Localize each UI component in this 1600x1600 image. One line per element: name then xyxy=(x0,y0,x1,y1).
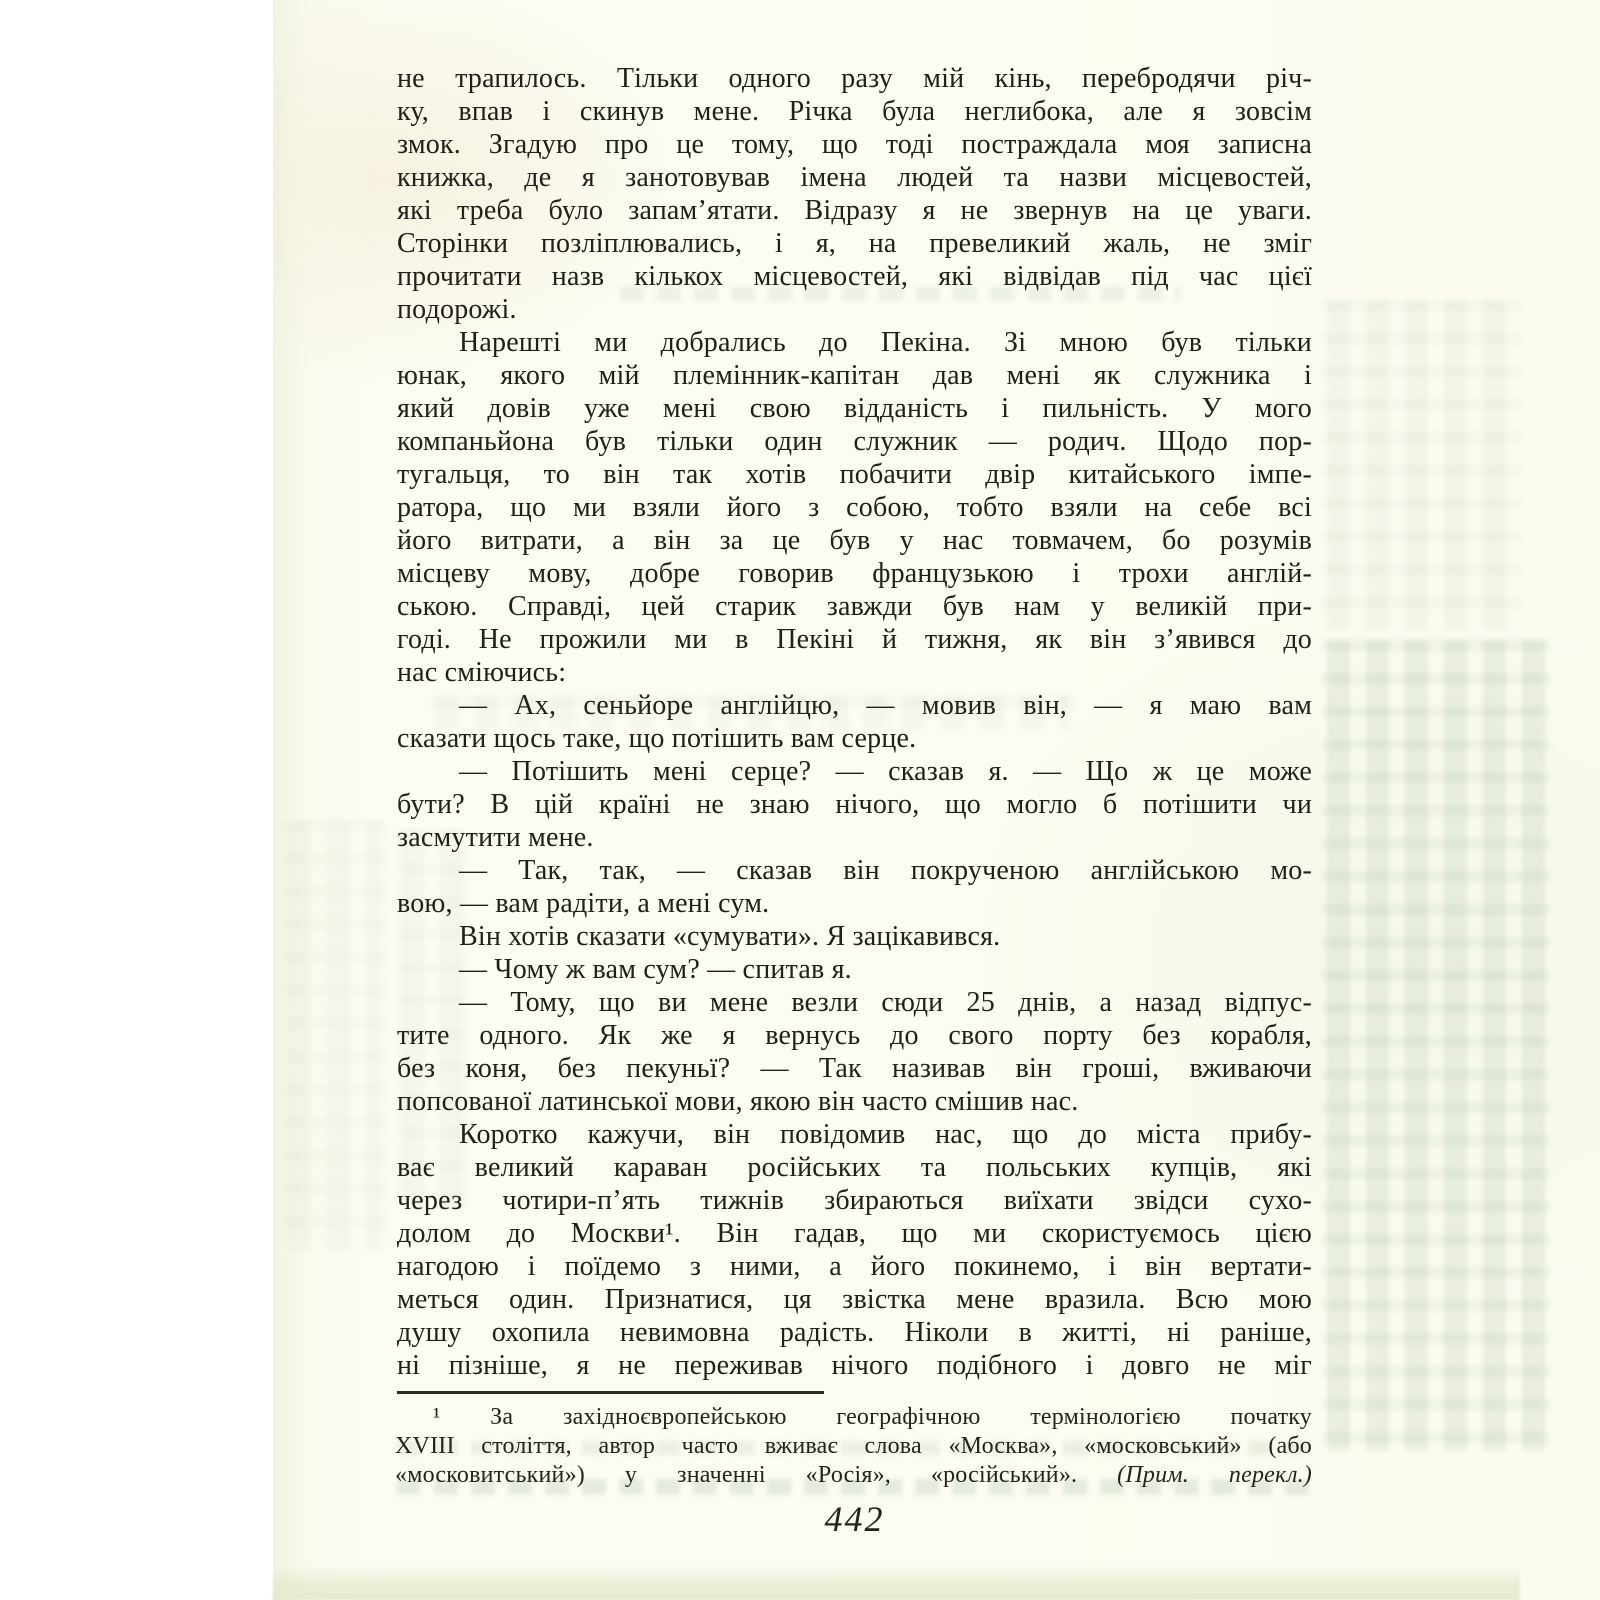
text-line: нас сміючись: xyxy=(397,656,1312,689)
text-line: Нарешті ми добрались до Пекіна. Зі мною … xyxy=(397,326,1312,359)
text-line: тугальця, то він так хотів побачити двір… xyxy=(397,458,1312,491)
text-line: годі. Не прожили ми в Пекіні й тижня, як… xyxy=(397,623,1312,656)
text-line: прочитати назв кількох місцевостей, які … xyxy=(397,260,1312,293)
text-line: долом до Москви¹. Він гадав, що ми скори… xyxy=(397,1217,1312,1250)
page-number: 442 xyxy=(397,1498,1312,1540)
text-line: ває великий караван російських та польсь… xyxy=(397,1151,1312,1184)
text-line: без коня, без пекуньї? — Так називав він… xyxy=(397,1052,1312,1085)
text-line: вою, — вам радіти, а мені сум. xyxy=(397,887,1312,920)
text-line: ні пізніше, я не переживав нічого подібн… xyxy=(397,1349,1312,1382)
text-line: меться один. Признатися, ця звістка мене… xyxy=(397,1283,1312,1316)
text-line: — Так, так, — сказав він покрученою англ… xyxy=(397,854,1312,887)
scanned-book-page: не трапилось. Тільки одного разу мій кін… xyxy=(0,0,1600,1600)
text-line: ку, впав і скинув мене. Річка була негли… xyxy=(397,95,1312,128)
text-line: бути? В цій країні не знаю нічого, що мо… xyxy=(397,788,1312,821)
text-line: нагодою і поїдемо з ними, а його покинем… xyxy=(397,1250,1312,1283)
text-line: не трапилось. Тільки одного разу мій кін… xyxy=(397,62,1312,95)
text-line: Він хотів сказати «сумувати». Я зацікави… xyxy=(397,920,1312,953)
footnote-line: XVIII століття, автор часто вживає слова… xyxy=(395,1432,1312,1461)
text-line: тите одного. Як же я вернусь до свого по… xyxy=(397,1019,1312,1052)
text-line: компаньйона був тільки один служник — ро… xyxy=(397,425,1312,458)
text-line: через чотири-п’ять тижнів збираються виї… xyxy=(397,1184,1312,1217)
text-line: Сторінки позліплювались, і я, на превели… xyxy=(397,227,1312,260)
text-line: ською. Справді, цей старик завжди був на… xyxy=(397,590,1312,623)
body-text: не трапилось. Тільки одного разу мій кін… xyxy=(397,62,1312,1382)
text-line: змок. Згадую про це тому, що тоді постра… xyxy=(397,128,1312,161)
text-line: які треба було запам’ятати. Відразу я не… xyxy=(397,194,1312,227)
text-line: — Потішить мені серце? — сказав я. — Що … xyxy=(397,755,1312,788)
text-line: місцеву мову, добре говорив французькою … xyxy=(397,557,1312,590)
text-line: Коротко кажучи, він повідомив нас, що до… xyxy=(397,1118,1312,1151)
footnote-line: ¹ За західноєвропейською географічною те… xyxy=(395,1403,1312,1432)
text-line: попсованої латинської мови, якою він час… xyxy=(397,1085,1312,1118)
text-line: засмутити мене. xyxy=(397,821,1312,854)
footnote-line: «московитський») у значенні «Росія», «ро… xyxy=(395,1461,1312,1490)
text-line: душу охопила невимовна радість. Ніколи в… xyxy=(397,1316,1312,1349)
text-line: юнак, якого мій племінник-капітан дав ме… xyxy=(397,359,1312,392)
text-line: книжка, де я занотовував імена людей та … xyxy=(397,161,1312,194)
text-line: — Ах, сеньйоре англійцю, — мовив він, — … xyxy=(397,689,1312,722)
footnote: ¹ За західноєвропейською географічною те… xyxy=(395,1403,1312,1490)
text-line: який довів уже мені свою відданість і пи… xyxy=(397,392,1312,425)
text-line: ратора, що ми взяли його з собою, тобто … xyxy=(397,491,1312,524)
footnote-rule xyxy=(397,1391,824,1394)
footnote-text: «московитський») у значенні «Росія», «ро… xyxy=(395,1462,1117,1488)
text-line: подорожі. xyxy=(397,293,1312,326)
text-line: — Чому ж вам сум? — спитав я. xyxy=(397,953,1312,986)
text-line: — Тому, що ви мене везли сюди 25 днів, а… xyxy=(397,986,1312,1019)
page-bottom-shadow xyxy=(273,1566,1520,1600)
text-line: його витрати, а він за це був у нас товм… xyxy=(397,524,1312,557)
footnote-translator-note: (Прим. перекл.) xyxy=(1117,1462,1312,1488)
text-line: сказати щось таке, що потішить вам серце… xyxy=(397,722,1312,755)
